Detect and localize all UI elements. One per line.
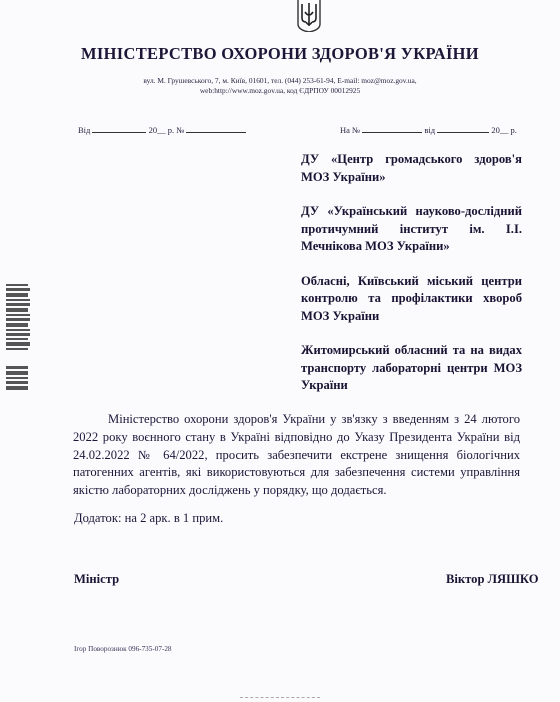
- body-paragraph: Міністерство охорони здоров'я України у …: [73, 411, 520, 500]
- ministry-address: вул. М. Грушевського, 7, м. Київ, 01601,…: [0, 76, 560, 96]
- recipient: Обласні, Київський міський центри контро…: [301, 273, 522, 326]
- ministry-title: МІНІСТЕРСТВО ОХОРОНИ ЗДОРОВ'Я УКРАЇНИ: [0, 44, 560, 64]
- recipient: ДУ «Центр громадського здоров'я МОЗ Укра…: [301, 151, 522, 186]
- ref-date-blank: [92, 124, 146, 133]
- ref-year-label: 20__ р. №: [149, 125, 185, 135]
- attachment-note: Додаток: на 2 арк. в 1 прим.: [74, 511, 223, 526]
- in-ref-date-blank: [437, 124, 489, 133]
- ref-from-label: Від: [78, 125, 90, 135]
- incoming-reference: На № від 20__ р.: [340, 124, 517, 135]
- in-ref-number-blank: [362, 124, 422, 133]
- signatory-position: Міністр: [74, 572, 119, 587]
- ref-number-blank: [186, 124, 246, 133]
- in-ref-year-label: 20__ р.: [491, 125, 517, 135]
- address-line-1: вул. М. Грушевського, 7, м. Київ, 01601,…: [0, 76, 560, 86]
- recipients-block: ДУ «Центр громадського здоров'я МОЗ Укра…: [301, 151, 522, 412]
- in-ref-no-label: На №: [340, 125, 360, 135]
- outgoing-reference: Від 20__ р. №: [78, 124, 246, 135]
- document-registration-barcode: [6, 284, 34, 406]
- footer-mark: [240, 697, 320, 700]
- executor-contact: Ігор Поворознюк 096-735-07-28: [74, 645, 172, 653]
- recipient: ДУ «Український науково-дослідний протич…: [301, 203, 522, 256]
- recipient: Житомирський обласний та на видах трансп…: [301, 342, 522, 395]
- letter-body: Міністерство охорони здоров'я України у …: [73, 411, 520, 500]
- in-ref-from-label: від: [424, 125, 435, 135]
- address-line-2: web:http://www.moz.gov.ua, код ЄДРПОУ 00…: [0, 86, 560, 96]
- trident-coat-of-arms-icon: [296, 0, 322, 32]
- signatory-name: Віктор ЛЯШКО: [446, 572, 539, 587]
